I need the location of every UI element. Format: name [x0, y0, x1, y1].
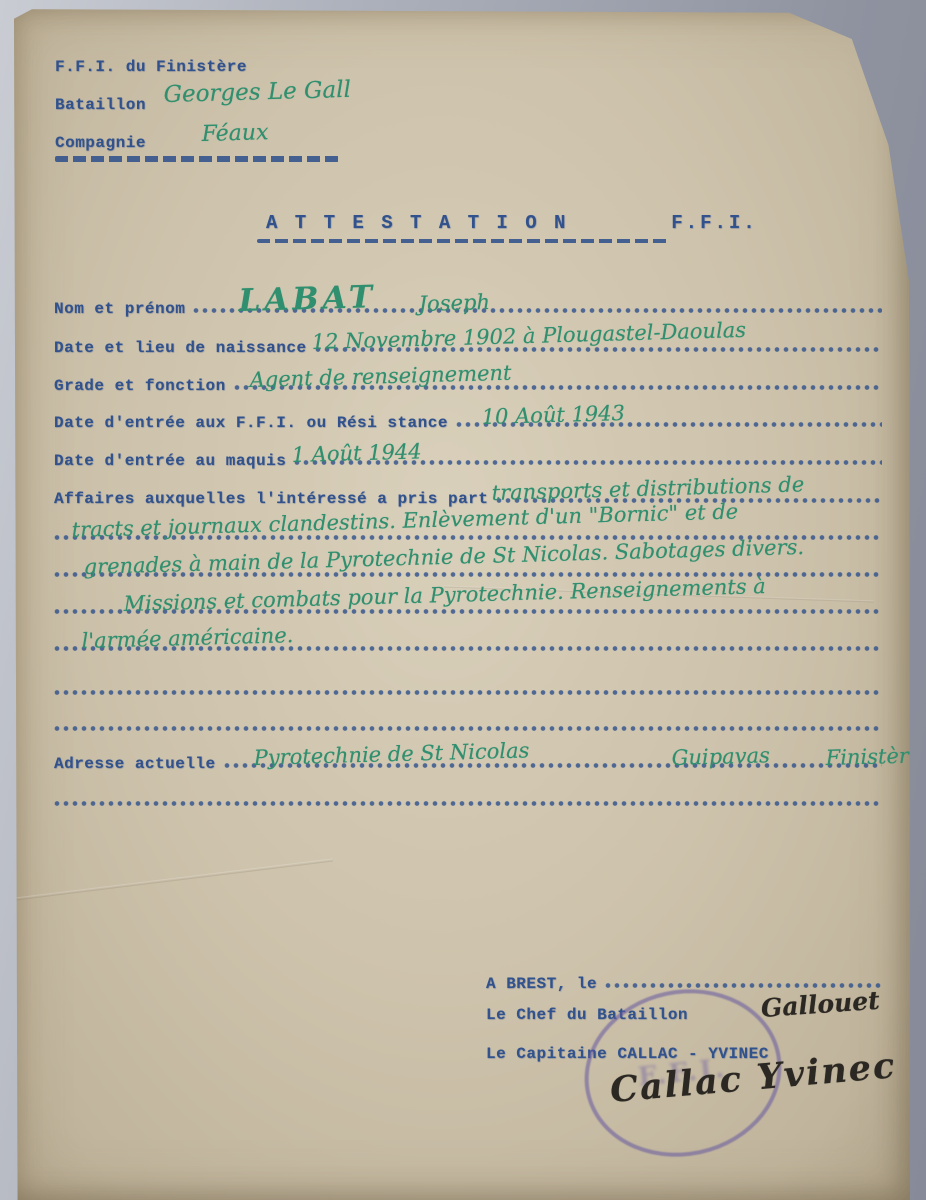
letterhead-battalion-label: Bataillon: [55, 96, 146, 114]
field-row-grade: Grade et fonction Agent de renseignement: [54, 368, 882, 394]
title-underline: [257, 239, 671, 243]
dotted-leader: [54, 799, 882, 808]
title-suffix: F.F.I.: [671, 212, 757, 234]
field-row-birth: Date et lieu de naissance 12 Novembre 19…: [54, 330, 882, 356]
field-row-affairs: Affaires auxquelles l'intéressé a pris p…: [54, 481, 882, 507]
empty-dotted-row: [54, 709, 882, 735]
letterhead-org: F.F.I. du Finistère: [55, 58, 247, 76]
paper-crease: [15, 859, 333, 901]
address-dept-handwritten: Finistère: [825, 745, 921, 769]
field-row-maquis-entry: Date d'entrée au maquis 1 Août 1944: [54, 443, 882, 469]
field-row-ffi-entry: Date d'entrée aux F.F.I. ou Rési stance …: [54, 405, 882, 431]
letterhead-company-label: Compagnie: [55, 134, 146, 152]
affairs-label: Affaires auxquelles l'intéressé a pris p…: [54, 491, 488, 507]
empty-dotted-row: [54, 673, 882, 699]
maquis-entry-label: Date d'entrée au maquis: [54, 453, 286, 469]
letterhead-underline: [55, 156, 339, 162]
affairs-continuation-row: Missions et combats pour la Pyrotechnie.…: [54, 592, 882, 618]
dotted-leader: [54, 724, 882, 733]
battalion-handwritten-value: Georges Le Gall: [163, 79, 351, 107]
place-line: A BREST, le: [486, 976, 597, 992]
address-city-handwritten: Guipavas: [671, 745, 770, 769]
photo-background: { "ink": { "typed": "#31528c", "hand": "…: [0, 0, 926, 1200]
ffi-entry-handwritten: 10 Août 1943: [481, 403, 625, 428]
field-row-name: Nom et prénom LABAT Joseph: [54, 291, 882, 317]
name-surname-handwritten: LABAT: [238, 282, 376, 317]
grade-label: Grade et fonction: [54, 378, 226, 394]
document-title: A T T E S T A T I O N F.F.I.: [266, 212, 758, 234]
attestation-document-paper: F.F.I. du Finistère Bataillon Georges Le…: [14, 8, 910, 1200]
name-label: Nom et prénom: [54, 301, 185, 317]
title-main: A T T E S T A T I O N: [266, 212, 568, 234]
company-handwritten-value: Féaux: [201, 122, 268, 146]
footer-place-row: A BREST, le: [486, 966, 882, 992]
dotted-leader: [54, 688, 882, 697]
affairs-continuation-row: l'armée américaine.: [54, 629, 882, 655]
name-given-handwritten: Joseph: [418, 292, 490, 315]
affairs-line-handwritten: l'armée américaine.: [81, 625, 293, 652]
ffi-entry-label: Date d'entrée aux F.F.I. ou Rési stance: [54, 415, 448, 431]
maquis-entry-handwritten: 1 Août 1944: [291, 441, 421, 466]
field-row-address: Adresse actuelle Pyrotechnie de St Nicol…: [54, 746, 882, 772]
empty-dotted-row: [54, 784, 882, 810]
address-label: Adresse actuelle: [54, 756, 216, 772]
birth-label: Date et lieu de naissance: [54, 340, 307, 356]
